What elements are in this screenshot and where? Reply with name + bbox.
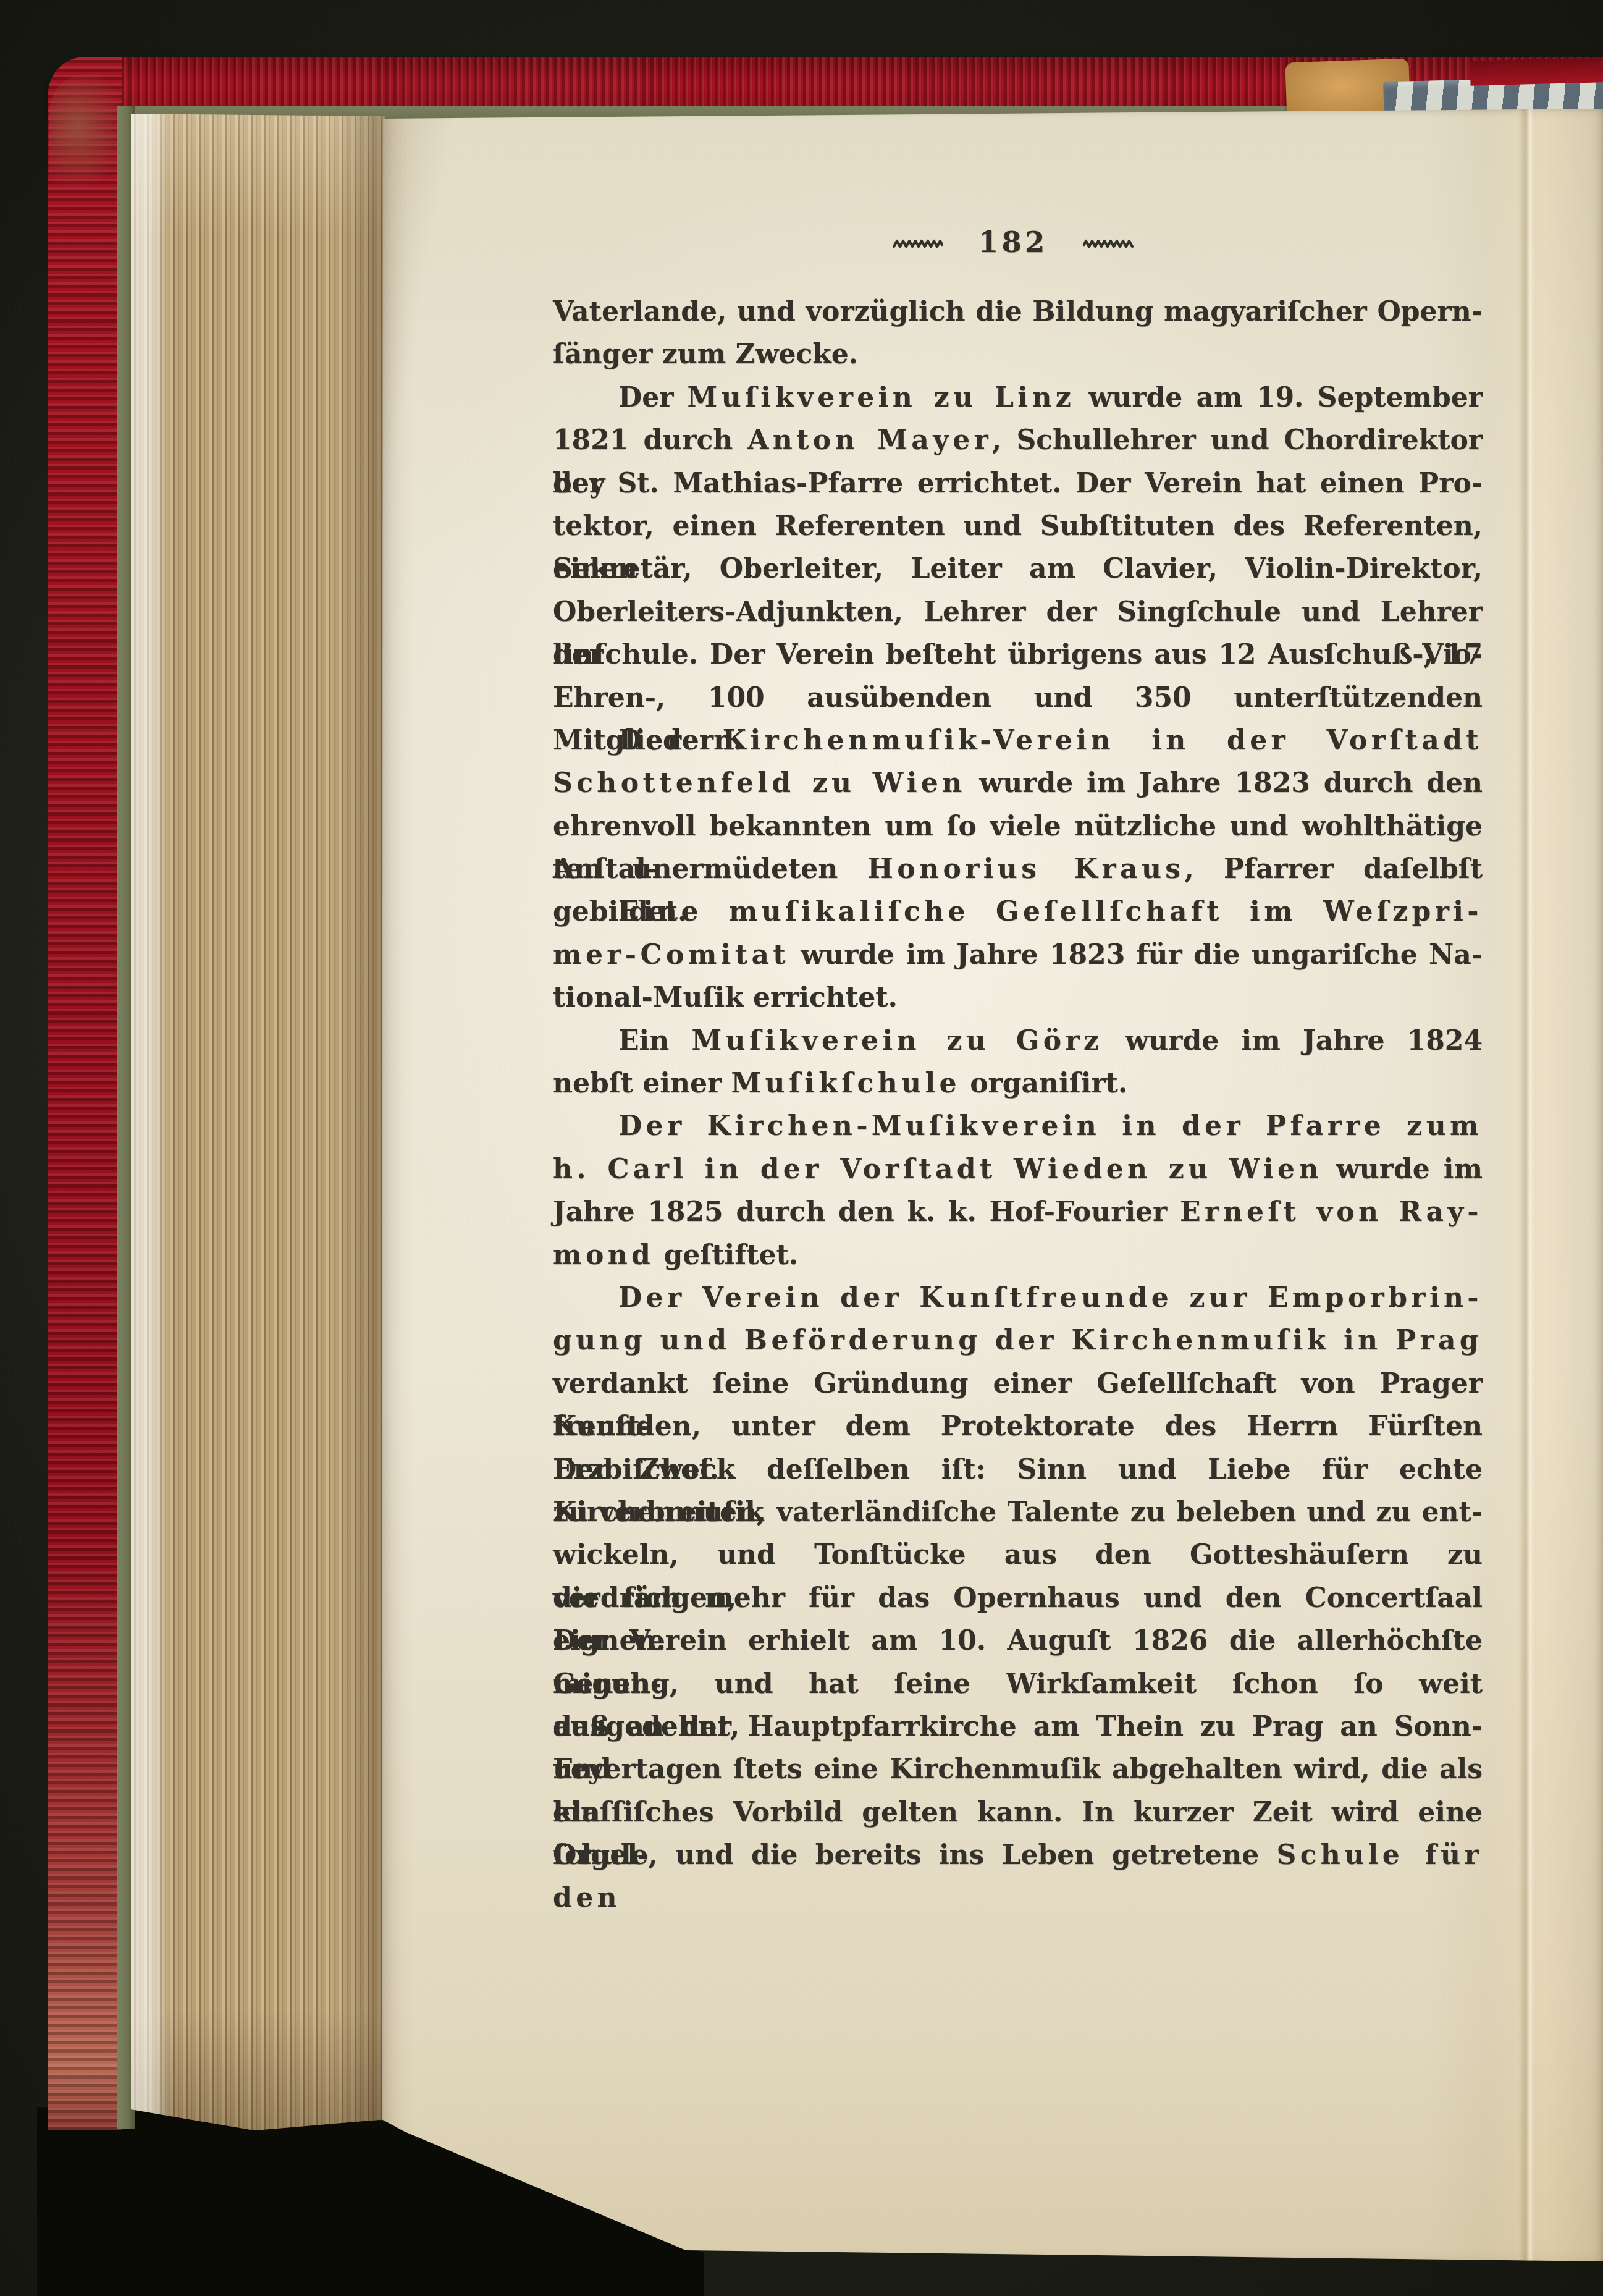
text-line: Vaterlande, und vorzüglich die Bildung m…	[553, 290, 1483, 333]
text-line: linſchule. Der Verein beſteht übrigens a…	[553, 633, 1483, 676]
text-line: Feyertagen ſtets eine Kirchenmuſik abgeh…	[553, 1748, 1483, 1791]
letterspaced-text: Der Kirchenmuſik-Verein in der Vorſtadt	[618, 725, 1483, 756]
book-cover-left-edge	[48, 57, 122, 2130]
body-text: wurde im Jahre 1823 durch den	[966, 767, 1483, 799]
page-number: 182	[978, 226, 1048, 260]
text-line: Der Verein erhielt am 10. Auguſt 1826 di…	[553, 1619, 1483, 1662]
body-text: ſchule, und die bereits ins Leben getret…	[553, 1839, 1277, 1871]
text-line: gung und Beförderung der Kirchenmuſik in…	[553, 1319, 1483, 1362]
text-line: ehrenvoll bekannten um ſo viele nützlich…	[553, 805, 1483, 848]
text-line: daß an der Hauptpfarrkirche am Thein zu …	[553, 1705, 1483, 1748]
text-line: ſänger zum Zwecke.	[553, 333, 1483, 376]
body-text: nebſt einer	[553, 1068, 731, 1099]
text-line: Der Kirchenmuſik-Verein in der Vorſtadt	[553, 719, 1483, 762]
body-text: wurde im	[1323, 1154, 1483, 1185]
text-line: die ſich mehr für das Opernhaus und den …	[553, 1577, 1483, 1619]
letterspaced-text: Der Kirchen-Muſikverein in der Pfarre zu…	[618, 1110, 1483, 1142]
text-line: h. Carl in der Vorſtadt Wieden zu Wien w…	[553, 1148, 1483, 1191]
page-header: 182	[846, 225, 1180, 262]
text-line: freunden, unter dem Protektorate des Her…	[553, 1405, 1483, 1448]
letterspaced-text: Anton Mayer	[747, 424, 992, 456]
letterspaced-text: h. Carl in der Vorſtadt Wieden zu Wien	[553, 1154, 1323, 1185]
text-line: Ein Muſikverein zu Görz wurde im Jahre 1…	[553, 1019, 1483, 1062]
text-line: wickeln, und Tonſtücke aus den Gotteshäu…	[553, 1534, 1483, 1576]
text-line: Der Verein der Kunſtfreunde zur Emporbri…	[553, 1277, 1483, 1319]
body-text: wurde im Jahre 1823 für die ungariſche N…	[789, 939, 1483, 971]
text-line: Eine muſikaliſche Geſellſchaft im Weſzpr…	[553, 890, 1483, 933]
text-line: Oberleiters-Adjunkten, Lehrer der Singſc…	[553, 591, 1483, 633]
body-text: wurde im Jahre 1824	[1103, 1025, 1483, 1057]
text-line: der St. Mathias-Pfarre errichtet. Der Ve…	[553, 462, 1483, 505]
body-text: ſänger zum Zwecke.	[553, 339, 858, 370]
text-block: Vaterlande, und vorzüglich die Bildung m…	[553, 290, 1483, 1876]
text-line: Ehren-, 100 ausübenden und 350 unterſtüt…	[553, 677, 1483, 719]
text-line: ten unermüdeten Honorius Kraus, Pfarrer …	[553, 848, 1483, 890]
letterspaced-text: gung und Beförderung der Kirchenmuſik in…	[553, 1325, 1483, 1356]
body-text: Ein	[618, 1025, 691, 1057]
page-gutter-crease	[1518, 104, 1534, 2274]
letterspaced-text: Der Verein der Kunſtfreunde zur Emporbri…	[618, 1282, 1483, 1314]
letterspaced-text: Muſikverein zu Görz	[691, 1025, 1103, 1057]
text-line: Der Muſikverein zu Linz wurde am 19. Sep…	[553, 376, 1483, 419]
body-text: Jahre 1825 durch den k. k. Hof-Fourier	[553, 1196, 1180, 1228]
text-line: Schottenfeld zu Wien wurde im Jahre 1823…	[553, 762, 1483, 804]
body-text: tional-Muſik errichtet.	[553, 982, 898, 1013]
book-scan-scene: 182 Vaterlande, und vorzüglich die Bildu…	[0, 0, 1603, 2296]
letterspaced-text: Honorius Kraus	[867, 853, 1184, 885]
body-text: ten unermüdeten	[553, 853, 867, 885]
body-text: organiſirt.	[961, 1068, 1127, 1099]
text-line: Der Zweck deſſelben iſt: Sinn und Liebe …	[553, 1448, 1483, 1491]
letterspaced-text: Erneſt von Ray-	[1180, 1196, 1483, 1228]
page-edges-stack	[131, 114, 385, 2130]
text-line: Sekretär, Oberleiter, Leiter am Clavier,…	[553, 547, 1483, 590]
body-text: wurde am 19. September	[1075, 382, 1483, 413]
letterspaced-text: mond	[553, 1239, 654, 1271]
text-line: mond geſtiftet.	[553, 1234, 1483, 1277]
text-line: tional-Muſik errichtet.	[553, 976, 1483, 1019]
text-line: 1821 durch Anton Mayer, Schullehrer und …	[553, 419, 1483, 462]
body-text: 1821 durch	[553, 424, 747, 456]
header-ornament-left-icon	[893, 238, 943, 249]
body-text: geſtiftet.	[654, 1239, 798, 1271]
text-line: nebſt einer Muſikſchule organiſirt.	[553, 1062, 1483, 1105]
body-text: linſchule. Der Verein beſteht übrigens a…	[553, 639, 1483, 670]
text-line: mer-Comitat wurde im Jahre 1823 für die …	[553, 934, 1483, 976]
body-text: der St. Mathias-Pfarre errichtet. Der Ve…	[553, 468, 1483, 499]
text-line: verdankt ſeine Gründung einer Geſellſcha…	[553, 1362, 1483, 1405]
body-text: Vaterlande, und vorzüglich die Bildung m…	[553, 296, 1483, 327]
text-line: ſchule, und die bereits ins Leben getret…	[553, 1834, 1483, 1876]
text-line: migung, und hat ſeine Wirkſamkeit ſchon …	[553, 1663, 1483, 1705]
text-line: zu verbreiten, vaterländiſche Talente zu…	[553, 1491, 1483, 1534]
body-text: zu verbreiten, vaterländiſche Talente zu…	[553, 1496, 1483, 1528]
letterspaced-text: Eine muſikaliſche Geſellſchaft im Weſzpr…	[618, 896, 1483, 927]
text-line: klaſſiſches Vorbild gelten kann. In kurz…	[553, 1791, 1483, 1834]
text-line: tektor, einen Referenten und Subſtituten…	[553, 505, 1483, 547]
book-page: 182 Vaterlande, und vorzüglich die Bildu…	[377, 104, 1603, 2274]
body-text: Sekretär, Oberleiter, Leiter am Clavier,…	[553, 553, 1483, 585]
text-line: Der Kirchen-Muſikverein in der Pfarre zu…	[553, 1105, 1483, 1147]
letterspaced-text: Muſikſchule	[731, 1068, 961, 1099]
letterspaced-text: mer-Comitat	[553, 939, 789, 971]
cover-top-right-sliver	[1470, 57, 1603, 86]
header-ornament-right-icon	[1083, 238, 1134, 249]
body-text: Der	[618, 382, 688, 413]
text-line: Jahre 1825 durch den k. k. Hof-Fourier E…	[553, 1191, 1483, 1233]
letterspaced-text: Schottenfeld zu Wien	[553, 767, 966, 799]
letterspaced-text: Muſikverein zu Linz	[688, 382, 1075, 413]
